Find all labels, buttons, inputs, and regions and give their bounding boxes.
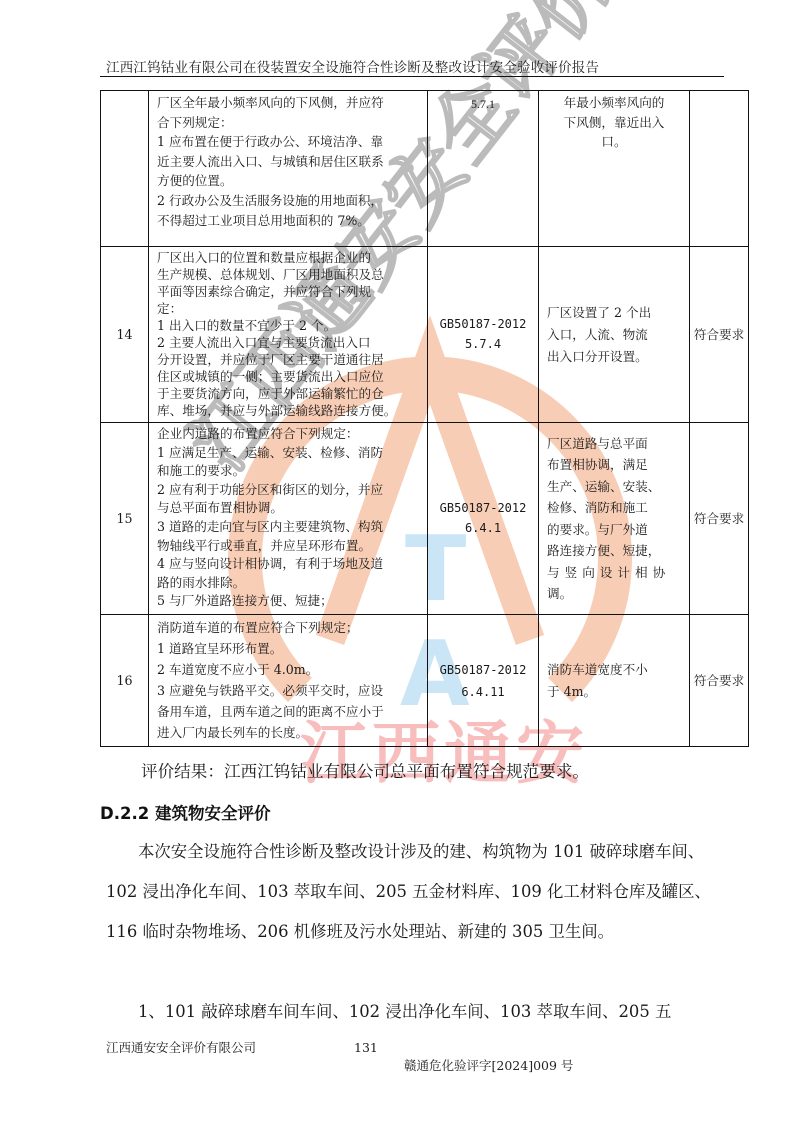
body-paragraph: 本次安全设施符合性诊断及整改设计涉及的建、构筑物为 101 破碎球磨车间、102…	[106, 832, 718, 952]
table-row: 16 消防道车道的布置应符合下列规定； 1 道路宜呈环形布置。 2 车道宽度不应…	[101, 615, 749, 747]
result-cell	[690, 91, 749, 247]
standard-cell: GB50187-2012 6.4.11	[428, 615, 539, 747]
table-row: 14 厂区出入口的位置和数量应根据企业的 生产规模、总体规划、厂区用地面积及总 …	[101, 247, 749, 423]
page-number: 131	[354, 1040, 378, 1055]
footer-company: 江西通安安全评价有限公司	[106, 1038, 256, 1056]
section-heading: D.2.2 建筑物安全评价	[100, 800, 270, 824]
standard-cell: 5.7.1	[428, 91, 539, 247]
row-number: 16	[101, 615, 149, 747]
evaluation-table: 厂区全年最小频率风向的下风侧，并应符 合下列规定： 1 应布置在便于行政办公、环…	[100, 90, 749, 747]
result-cell: 符合要求	[690, 247, 749, 423]
row-number: 15	[101, 423, 149, 615]
actual-cell: 年最小频率风向的 下风侧，靠近出入 口。	[539, 91, 690, 247]
table-row: 厂区全年最小频率风向的下风侧，并应符 合下列规定： 1 应布置在便于行政办公、环…	[101, 91, 749, 247]
list-item: 1、101 敲碎球磨车间车间、102 浸出净化车间、103 萃取车间、205 五	[106, 992, 718, 1032]
result-cell: 符合要求	[690, 423, 749, 615]
actual-cell: 厂区道路与总平面 布置相协调，满足 生产、运输、安装、 检修、消防和施工 的要求…	[539, 423, 690, 615]
document-header: 江西江钨钴业有限公司在役装置安全设施符合性诊断及整改设计安全验收评价报告	[106, 56, 720, 76]
clause-cell: 企业内道路的布置应符合下列规定： 1 应满足生产、运输、安装、检修、消防 和施工…	[149, 423, 428, 615]
row-number: 14	[101, 247, 149, 423]
table-row: 15 企业内道路的布置应符合下列规定： 1 应满足生产、运输、安装、检修、消防 …	[101, 423, 749, 615]
evaluation-result: 评价结果：江西江钨钴业有限公司总平面布置符合规范要求。	[141, 752, 753, 792]
clause-cell: 消防道车道的布置应符合下列规定； 1 道路宜呈环形布置。 2 车道宽度不应小于 …	[149, 615, 428, 747]
actual-cell: 厂区设置了 2 个出 入口，人流、物流 出入口分开设置。	[539, 247, 690, 423]
actual-cell: 消防车道宽度不小 于 4m。	[539, 615, 690, 747]
result-cell: 符合要求	[690, 615, 749, 747]
clause-cell: 厂区出入口的位置和数量应根据企业的 生产规模、总体规划、厂区用地面积及总 平面等…	[149, 247, 428, 423]
header-divider	[100, 76, 724, 77]
document-number: 赣通危化验评字[2024]009 号	[404, 1056, 573, 1074]
standard-cell: GB50187-2012 6.4.1	[428, 423, 539, 615]
clause-cell: 厂区全年最小频率风向的下风侧，并应符 合下列规定： 1 应布置在便于行政办公、环…	[149, 91, 428, 247]
standard-cell: GB50187-2012 5.7.4	[428, 247, 539, 423]
row-number	[101, 91, 149, 247]
